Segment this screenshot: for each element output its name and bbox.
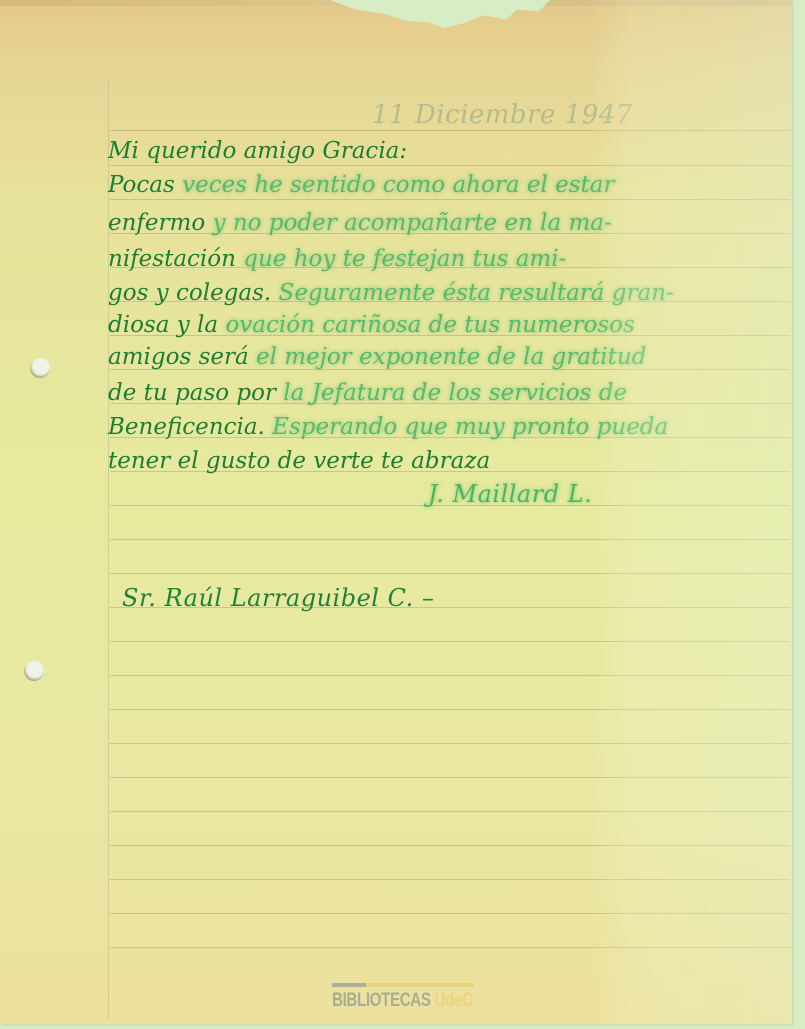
ruled-line xyxy=(110,709,790,710)
body-text-faded: Esperando que muy pronto pueda xyxy=(265,414,668,440)
body-line: diosa y la ovación cariñosa de tus numer… xyxy=(108,312,635,338)
ruled-line xyxy=(110,777,790,778)
body-text-faded: que hoy te festejan tus ami- xyxy=(236,246,566,272)
ruled-line xyxy=(110,675,790,676)
body-line: Pocas veces he sentido como ahora el est… xyxy=(108,172,615,198)
body-line: gos y colegas. Seguramente ésta resultar… xyxy=(108,280,674,306)
library-watermark: BIBLIOTECAS UdeC xyxy=(332,983,474,1012)
signature: J. Maillard L. xyxy=(428,480,592,508)
body-text: Pocas xyxy=(108,172,175,198)
body-line: amigos será el mejor exponente de la gra… xyxy=(108,344,646,370)
body-text-faded: y no poder acompañarte en la ma- xyxy=(205,210,612,236)
letter-salutation: Mi querido amigo Gracia: xyxy=(108,138,407,164)
body-text-faded: el mejor exponente de la gratitud xyxy=(249,344,647,370)
body-text-faded: ovación cariñosa de tus numerosos xyxy=(218,312,635,338)
salutation-text: Mi querido amigo Gracia: xyxy=(108,138,407,164)
body-text-faded: la Jefatura de los servicios de xyxy=(276,380,627,406)
body-text-faded: Seguramente ésta resultará gran- xyxy=(271,280,674,306)
watermark-bar-grey xyxy=(332,983,366,987)
ruled-line xyxy=(110,811,790,812)
addressee: Sr. Raúl Larraguibel C. – xyxy=(122,584,434,612)
ruled-line xyxy=(110,743,790,744)
ruled-line xyxy=(110,641,790,642)
body-line: nifestación que hoy te festejan tus ami- xyxy=(108,246,566,272)
body-text: nifestación xyxy=(108,246,236,272)
watermark-secondary: UdeC xyxy=(434,990,472,1011)
body-text: tener el gusto de verte te abraza xyxy=(108,448,490,474)
punch-hole xyxy=(30,358,50,378)
ruled-line xyxy=(110,539,790,540)
body-line: Beneficencia. Esperando que muy pronto p… xyxy=(108,414,668,440)
ruled-line xyxy=(110,199,790,200)
body-line: tener el gusto de verte te abraza xyxy=(108,448,490,474)
punch-hole xyxy=(24,661,44,681)
body-text: diosa y la xyxy=(108,312,218,338)
body-text-faded: veces he sentido como ahora el estar xyxy=(175,172,615,198)
body-text: de tu paso por xyxy=(108,380,276,406)
watermark-bars xyxy=(332,983,474,987)
watermark-text: BIBLIOTECAS UdeC xyxy=(332,990,446,1012)
ruled-line xyxy=(110,913,790,914)
body-line: de tu paso por la Jefatura de los servic… xyxy=(108,380,627,406)
body-text: amigos será xyxy=(108,344,249,370)
letter-paper: 11 Diciembre 1947 Mi querido amigo Graci… xyxy=(0,0,792,1024)
body-text: gos y colegas. xyxy=(108,280,271,306)
watermark-bar-yellow xyxy=(366,983,474,987)
body-text: enfermo xyxy=(108,210,205,236)
ruled-line xyxy=(110,947,790,948)
watermark-primary: BIBLIOTECAS xyxy=(332,990,431,1011)
ruled-line xyxy=(110,845,790,846)
body-text: Beneficencia. xyxy=(108,414,265,440)
ruled-line xyxy=(110,165,790,166)
ruled-line xyxy=(110,573,790,574)
ruled-line xyxy=(110,879,790,880)
ruled-line xyxy=(110,130,790,131)
letter-date: 11 Diciembre 1947 xyxy=(372,100,633,130)
body-line: enfermo y no poder acompañarte en la ma- xyxy=(108,210,612,236)
torn-edge xyxy=(330,0,550,28)
